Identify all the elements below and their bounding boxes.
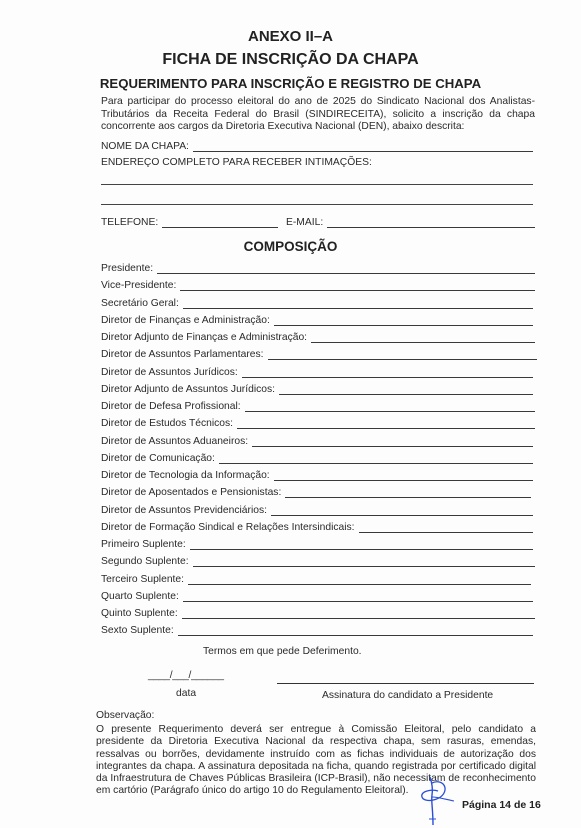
composition-title: COMPOSIÇÃO xyxy=(0,239,581,254)
position-label: Diretor de Finanças e Administração: xyxy=(101,315,270,326)
position-label: Diretor de Estudos Técnicos: xyxy=(101,418,233,429)
form-subtitle: REQUERIMENTO PARA INSCRIÇÃO E REGISTRO D… xyxy=(0,76,581,91)
document-page: ANEXO II–A FICHA DE INSCRIÇÃO DA CHAPA R… xyxy=(0,0,581,828)
position-input[interactable] xyxy=(279,384,533,395)
date-label: data xyxy=(176,688,196,699)
position-label: Secretário Geral: xyxy=(101,298,179,309)
position-row[interactable]: Sexto Suplente: xyxy=(101,622,533,636)
position-label: Diretor de Defesa Profissional: xyxy=(101,401,241,412)
position-row[interactable]: Quinto Suplente: xyxy=(101,605,535,619)
position-label: Terceiro Suplente: xyxy=(101,574,184,585)
form-title: FICHA DE INSCRIÇÃO DA CHAPA xyxy=(0,51,581,69)
phone-label: TELEFONE: xyxy=(101,217,158,228)
chapa-name-field[interactable]: NOME DA CHAPA: xyxy=(101,138,533,152)
position-input[interactable] xyxy=(274,470,533,481)
position-input[interactable] xyxy=(252,436,533,447)
address-line-1[interactable] xyxy=(101,184,533,185)
position-label: Quarto Suplente: xyxy=(101,591,179,602)
date-field[interactable]: ____/___/______ xyxy=(148,670,224,681)
position-input[interactable] xyxy=(245,401,535,412)
deferimento-text: Termos em que pede Deferimento. xyxy=(203,646,362,657)
position-input[interactable] xyxy=(157,263,535,274)
position-row[interactable]: Diretor de Comunicação: xyxy=(101,450,533,464)
position-label: Primeiro Suplente: xyxy=(101,539,186,550)
position-label: Diretor de Assuntos Parlamentares: xyxy=(101,349,264,360)
position-row[interactable]: Diretor de Formação Sindical e Relações … xyxy=(101,519,533,533)
position-input[interactable] xyxy=(274,315,533,326)
position-label: Segundo Suplente: xyxy=(101,556,189,567)
position-label: Diretor de Formação Sindical e Relações … xyxy=(101,522,355,533)
phone-input[interactable] xyxy=(162,217,278,228)
position-label: Vice-Presidente: xyxy=(101,280,176,291)
position-row[interactable]: Quarto Suplente: xyxy=(101,588,533,602)
position-label: Diretor de Tecnologia da Informação: xyxy=(101,470,270,481)
position-row[interactable]: Vice-Presidente: xyxy=(101,277,535,291)
chapa-name-input[interactable] xyxy=(193,141,533,152)
position-input[interactable] xyxy=(359,522,533,533)
position-input[interactable] xyxy=(193,556,535,567)
position-label: Diretor de Assuntos Aduaneiros: xyxy=(101,436,248,447)
position-input[interactable] xyxy=(190,539,533,550)
position-row[interactable]: Diretor de Defesa Profissional: xyxy=(101,398,535,412)
position-row[interactable]: Primeiro Suplente: xyxy=(101,536,533,550)
position-label: Diretor de Assuntos Previdenciários: xyxy=(101,505,267,516)
position-row[interactable]: Diretor de Assuntos Previdenciários: xyxy=(101,502,533,516)
position-row[interactable]: Terceiro Suplente: xyxy=(101,571,531,585)
email-input[interactable] xyxy=(327,217,535,228)
position-input[interactable] xyxy=(237,418,535,429)
position-row[interactable]: Presidente: xyxy=(101,260,535,274)
position-row[interactable]: Diretor de Aposentados e Pensionistas: xyxy=(101,484,531,498)
position-label: Diretor de Assuntos Jurídicos: xyxy=(101,367,238,378)
email-field[interactable]: E-MAIL: xyxy=(286,214,535,228)
position-label: Diretor de Comunicação: xyxy=(101,453,215,464)
position-input[interactable] xyxy=(311,332,535,343)
position-input[interactable] xyxy=(183,298,533,309)
position-row[interactable]: Diretor de Assuntos Jurídicos: xyxy=(101,364,533,378)
position-row[interactable]: Diretor de Tecnologia da Informação: xyxy=(101,467,533,481)
position-input[interactable] xyxy=(180,280,535,291)
position-input[interactable] xyxy=(178,625,533,636)
position-input[interactable] xyxy=(188,574,531,585)
handwritten-initial-icon xyxy=(420,775,460,827)
position-row[interactable]: Segundo Suplente: xyxy=(101,553,535,567)
position-label: Quinto Suplente: xyxy=(101,608,178,619)
position-label: Presidente: xyxy=(101,263,153,274)
position-row[interactable]: Diretor Adjunto de Finanças e Administra… xyxy=(101,329,535,343)
phone-field[interactable]: TELEFONE: xyxy=(101,214,278,228)
position-row[interactable]: Diretor de Assuntos Aduaneiros: xyxy=(101,433,533,447)
position-input[interactable] xyxy=(271,505,533,516)
chapa-name-label: NOME DA CHAPA: xyxy=(101,141,189,152)
signature-line[interactable] xyxy=(277,683,534,684)
position-input[interactable] xyxy=(219,453,533,464)
position-input[interactable] xyxy=(183,591,533,602)
observation-title: Observação: xyxy=(96,710,154,721)
page-number: Página 14 de 16 xyxy=(462,799,541,811)
position-input[interactable] xyxy=(182,608,535,619)
annex-heading: ANEXO II–A xyxy=(0,28,581,45)
position-row[interactable]: Diretor de Assuntos Parlamentares: xyxy=(101,346,537,360)
position-input[interactable] xyxy=(268,349,537,360)
position-label: Sexto Suplente: xyxy=(101,625,174,636)
position-input[interactable] xyxy=(242,367,533,378)
position-input[interactable] xyxy=(285,487,531,498)
email-label: E-MAIL: xyxy=(286,217,323,228)
intro-paragraph: Para participar do processo eleitoral do… xyxy=(101,96,535,134)
position-row[interactable]: Diretor Adjunto de Assuntos Jurídicos: xyxy=(101,381,533,395)
position-label: Diretor Adjunto de Assuntos Jurídicos: xyxy=(101,384,275,395)
position-row[interactable]: Diretor de Finanças e Administração: xyxy=(101,312,533,326)
position-label: Diretor de Aposentados e Pensionistas: xyxy=(101,487,281,498)
position-label: Diretor Adjunto de Finanças e Administra… xyxy=(101,332,307,343)
address-label: ENDEREÇO COMPLETO PARA RECEBER INTIMAÇÕE… xyxy=(101,157,372,168)
position-row[interactable]: Secretário Geral: xyxy=(101,295,533,309)
observation-text: O presente Requerimento deverá ser entre… xyxy=(96,724,536,798)
position-row[interactable]: Diretor de Estudos Técnicos: xyxy=(101,415,535,429)
signature-label: Assinatura do candidato a Presidente xyxy=(322,690,493,701)
address-line-2[interactable] xyxy=(101,204,533,205)
